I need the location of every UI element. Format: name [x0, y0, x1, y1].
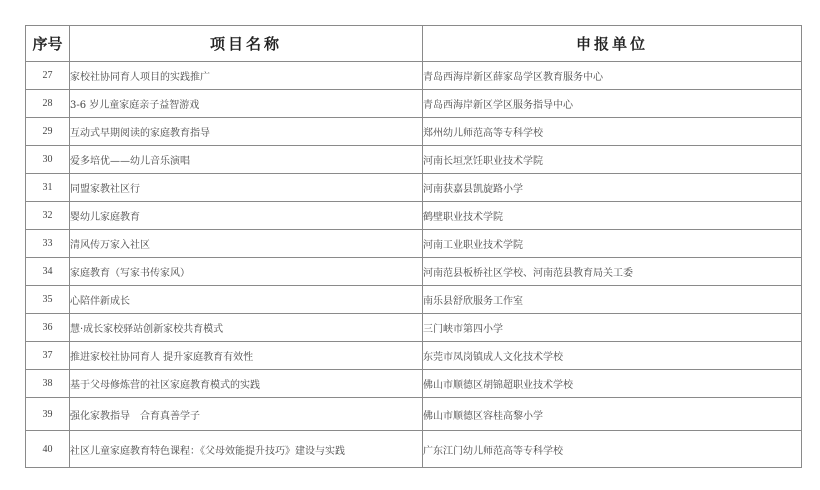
applicant-unit: 南乐县舒欣服务工作室 [423, 286, 802, 314]
table-row: 40社区儿童家庭教育特色课程：《父母效能提升技巧》建设与实践广东江门幼儿师范高等… [26, 431, 802, 468]
header-serial-number: 序号 [26, 26, 70, 62]
table-row: 34家庭教育（写家书传家风）河南范县板桥社区学校、河南范县教育局关工委 [26, 258, 802, 286]
applicant-unit: 东莞市凤岗镇成人文化技术学校 [423, 342, 802, 370]
project-name: 同盟家教社区行 [70, 174, 423, 202]
project-table: 序号 项目名称 申报单位 27家校社协同育人项目的实践推广青岛西海岸新区薛家岛学… [25, 25, 802, 468]
row-number: 33 [26, 230, 70, 258]
table-row: 37推进家校社协同育人 提升家庭教育有效性东莞市凤岗镇成人文化技术学校 [26, 342, 802, 370]
row-number: 38 [26, 370, 70, 398]
row-number: 36 [26, 314, 70, 342]
row-number: 27 [26, 62, 70, 90]
project-name: 清风传万家入社区 [70, 230, 423, 258]
table-row: 30爱多培优——幼儿音乐演唱河南长垣烹饪职业技术学院 [26, 146, 802, 174]
table-row: 33清风传万家入社区河南工业职业技术学院 [26, 230, 802, 258]
applicant-unit: 佛山市顺德区胡锦超职业技术学校 [423, 370, 802, 398]
table-row: 27家校社协同育人项目的实践推广青岛西海岸新区薛家岛学区教育服务中心 [26, 62, 802, 90]
row-number: 34 [26, 258, 70, 286]
table-header-row: 序号 项目名称 申报单位 [26, 26, 802, 62]
applicant-unit: 青岛西海岸新区学区服务指导中心 [423, 90, 802, 118]
row-number: 30 [26, 146, 70, 174]
project-name: 推进家校社协同育人 提升家庭教育有效性 [70, 342, 423, 370]
table-row: 32婴幼儿家庭教育鹤壁职业技术学院 [26, 202, 802, 230]
applicant-unit: 佛山市顺德区容桂高黎小学 [423, 398, 802, 431]
applicant-unit: 鹤壁职业技术学院 [423, 202, 802, 230]
project-name: 家校社协同育人项目的实践推广 [70, 62, 423, 90]
project-name: 3-6 岁儿童家庭亲子益智游戏 [70, 90, 423, 118]
header-applicant-unit: 申报单位 [423, 26, 802, 62]
table-row: 29互动式早期阅读的家庭教育指导郑州幼儿师范高等专科学校 [26, 118, 802, 146]
header-project-name: 项目名称 [70, 26, 423, 62]
row-number: 35 [26, 286, 70, 314]
project-name: 家庭教育（写家书传家风） [70, 258, 423, 286]
applicant-unit: 青岛西海岸新区薛家岛学区教育服务中心 [423, 62, 802, 90]
applicant-unit: 三门峡市第四小学 [423, 314, 802, 342]
applicant-unit: 郑州幼儿师范高等专科学校 [423, 118, 802, 146]
row-number: 39 [26, 398, 70, 431]
table-row: 31同盟家教社区行河南获嘉县凯旋路小学 [26, 174, 802, 202]
project-name: 心陪伴新成长 [70, 286, 423, 314]
project-name: 互动式早期阅读的家庭教育指导 [70, 118, 423, 146]
applicant-unit: 河南获嘉县凯旋路小学 [423, 174, 802, 202]
row-number: 37 [26, 342, 70, 370]
project-name: 基于父母修炼营的社区家庭教育模式的实践 [70, 370, 423, 398]
project-name: 社区儿童家庭教育特色课程：《父母效能提升技巧》建设与实践 [70, 431, 423, 468]
table-row: 38基于父母修炼营的社区家庭教育模式的实践佛山市顺德区胡锦超职业技术学校 [26, 370, 802, 398]
row-number: 29 [26, 118, 70, 146]
applicant-unit: 河南范县板桥社区学校、河南范县教育局关工委 [423, 258, 802, 286]
applicant-unit: 河南长垣烹饪职业技术学院 [423, 146, 802, 174]
row-number: 40 [26, 431, 70, 468]
table-row: 39强化家教指导 合育真善学子佛山市顺德区容桂高黎小学 [26, 398, 802, 431]
applicant-unit: 河南工业职业技术学院 [423, 230, 802, 258]
project-name: 爱多培优——幼儿音乐演唱 [70, 146, 423, 174]
table-row: 35心陪伴新成长南乐县舒欣服务工作室 [26, 286, 802, 314]
project-name: 婴幼儿家庭教育 [70, 202, 423, 230]
row-number: 32 [26, 202, 70, 230]
project-name: 慧·成长家校驿站创新家校共育模式 [70, 314, 423, 342]
table-row: 283-6 岁儿童家庭亲子益智游戏青岛西海岸新区学区服务指导中心 [26, 90, 802, 118]
project-name: 强化家教指导 合育真善学子 [70, 398, 423, 431]
applicant-unit: 广东江门幼儿师范高等专科学校 [423, 431, 802, 468]
table-row: 36慧·成长家校驿站创新家校共育模式三门峡市第四小学 [26, 314, 802, 342]
row-number: 28 [26, 90, 70, 118]
row-number: 31 [26, 174, 70, 202]
